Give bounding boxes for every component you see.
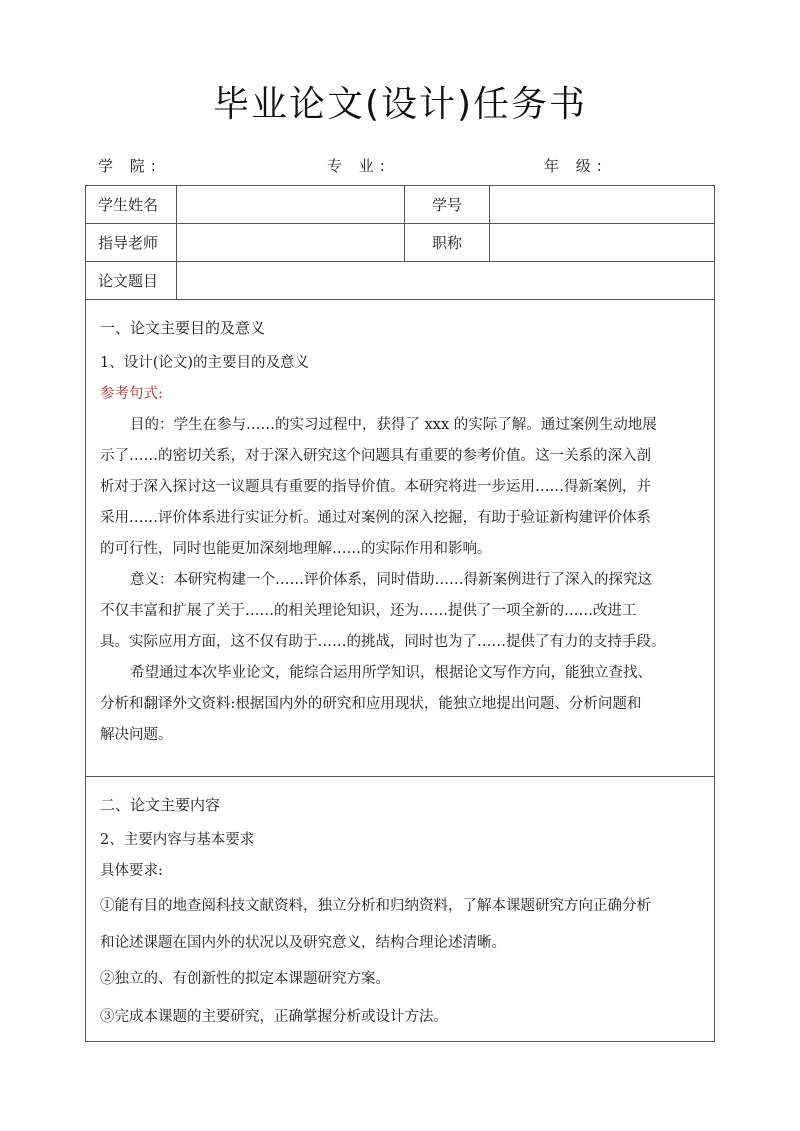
advisor-field[interactable] (177, 224, 405, 261)
reference-label: 参考句式: (100, 379, 704, 410)
section1-heading: 一、论文主要目的及意义 (100, 314, 704, 342)
thesis-title-label: 论文题目 (86, 262, 177, 299)
paragraph-line: 的可行性，同时也能更加深刻地理解……的实际作用和影响。 (100, 534, 704, 565)
requirement-item: 和论述课题在国内外的状况以及研究意义，结构合理论述清晰。 (100, 925, 704, 961)
row-student: 学生姓名 学号 (86, 186, 714, 224)
student-name-field[interactable] (177, 186, 405, 223)
section2-heading: 二、论文主要内容 (100, 791, 704, 819)
requirements-label: 具体要求: (100, 856, 704, 887)
advisor-label: 指导老师 (86, 224, 177, 261)
section-content: 二、论文主要内容 2、主要内容与基本要求 具体要求: ①能有目的地查阅科技文献资… (86, 777, 714, 1041)
paragraph-line: 解决问题。 (100, 720, 704, 751)
requirement-item: ②独立的、有创新性的拟定本课题研究方案。 (100, 961, 704, 997)
document-title: 毕业论文(设计)任务书 (0, 76, 800, 127)
row-advisor: 指导老师 职称 (86, 224, 714, 262)
title-rank-field[interactable] (490, 224, 714, 261)
section1-subheading: 1、设计(论文)的主要目的及意义 (100, 348, 704, 379)
requirement-item: ③完成本课题的主要研究，正确掌握分析或设计方法。 (100, 997, 704, 1037)
section2-subheading: 2、主要内容与基本要求 (100, 825, 704, 856)
paragraph-line: 具。实际应用方面，这不仅有助于……的挑战，同时也为了……提供了有力的支持手段。 (100, 627, 704, 658)
paragraph-line: 意义：本研究构建一个……评价体系，同时借助……得新案例进行了深入的探究这 (100, 565, 704, 596)
grade-label: 年 级: (544, 155, 608, 176)
title-rank-label: 职称 (405, 224, 490, 261)
paragraph-line: 示了……的密切关系，对于深入研究这个问题具有重要的参考价值。这一关系的深入剖 (100, 441, 704, 472)
paragraph-line: 不仅丰富和扩展了关于……的相关理论知识，还为……提供了一项全新的……改进工 (100, 596, 704, 627)
paragraph-line: 采用……评价体系进行实证分析。通过对案例的深入挖掘，有助于验证新构建评价体系 (100, 503, 704, 534)
college-label: 学 院: (98, 155, 162, 176)
paragraph-line: 分析和翻译外文资料:根据国内外的研究和应用现状，能独立地提出问题、分析问题和 (100, 689, 704, 720)
paragraph-line: 希望通过本次毕业论文，能综合运用所学知识，根据论文写作方向，能独立查找、 (100, 658, 704, 689)
section-purpose: 一、论文主要目的及意义 1、设计(论文)的主要目的及意义 参考句式: 目的：学生… (86, 300, 714, 777)
requirement-item: ①能有目的地查阅科技文献资料，独立分析和归纳资料，了解本课题研究方向正确分析 (100, 887, 704, 925)
row-thesis-title: 论文题目 (86, 262, 714, 300)
student-name-label: 学生姓名 (86, 186, 177, 223)
student-id-label: 学号 (405, 186, 490, 223)
student-id-field[interactable] (490, 186, 714, 223)
major-label: 专 业: (327, 155, 391, 176)
task-form-table: 学生姓名 学号 指导老师 职称 论文题目 一、论文主要目的及意义 1、设计(论文… (85, 185, 715, 1042)
meta-row: 学 院: 专 业: 年 级: (0, 155, 800, 179)
paragraph-line: 析对于深入探讨这一议题具有重要的指导价值。本研究将进一步运用……得新案例，并 (100, 472, 704, 503)
paragraph-line: 目的：学生在参与……的实习过程中，获得了 xxx 的实际了解。通过案例生动地展 (100, 410, 704, 441)
thesis-title-field[interactable] (177, 262, 714, 299)
